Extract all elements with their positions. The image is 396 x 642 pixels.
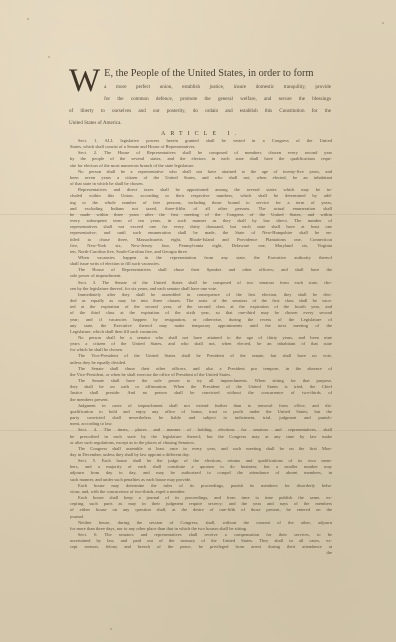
text-line: by the people of the several states, and… — [70, 156, 332, 162]
text-line: five, New-York six, New-Jersey four, Pen… — [70, 243, 332, 249]
text-line: and excluding Indians not taxed, three-f… — [70, 206, 332, 212]
text-line: adjourn from day to day, and may be auth… — [70, 470, 332, 476]
text-line: any state, the Executive thereof may mak… — [70, 323, 332, 329]
paper-spot — [27, 18, 29, 20]
text-line: Neither house, during the session of Con… — [70, 520, 332, 526]
text-line: Each house may determine the rules of it… — [70, 483, 332, 489]
paper-spot — [382, 22, 384, 24]
text-line: titled to chuse three, Massachusetts eig… — [70, 237, 332, 243]
document-page: W E, the People of the United States, in… — [0, 0, 396, 642]
text-line: cept treason, felony and breach of the p… — [70, 544, 332, 550]
text-line: Sect. 3. The Senate of the United States… — [70, 280, 332, 286]
text-line: cluded within this Union, according to t… — [70, 193, 332, 199]
text-line: of either house on any question shall, a… — [70, 507, 332, 513]
text-line: Judgment in cases of impeachment shall n… — [70, 403, 332, 409]
catchword: the — [70, 550, 332, 556]
preamble-line: United States of America. — [69, 117, 331, 129]
preamble-line: a more perfect union, establish justice,… — [69, 81, 331, 93]
paper-spot — [110, 628, 112, 630]
text-line: year; and if vacancies happen by resigna… — [70, 317, 332, 323]
text-line: Sect. 4. The times, places and manner of… — [70, 427, 332, 433]
text-line: of the third class at the expiration of … — [70, 310, 332, 316]
article-body: ARTICLE I. Sect. 1. ALL legislative powe… — [70, 131, 332, 557]
text-line: representative; and until such enumerati… — [70, 230, 332, 236]
dropcap: W — [69, 67, 100, 95]
preamble-line: E, the People of the United States, in o… — [69, 67, 331, 81]
article-lines: Sect. 1. ALL legislative powers herein g… — [70, 138, 332, 550]
text-line: be prescribed in each state by the legis… — [70, 434, 332, 440]
text-line: ing to the whole number of free persons,… — [70, 200, 332, 206]
preamble: W E, the People of the United States, in… — [69, 64, 331, 129]
paper-spot — [48, 56, 50, 58]
preamble-line: of liberty to ourselves and our posterit… — [69, 105, 331, 117]
preamble-line: for the common defence, promote the gene… — [69, 93, 331, 105]
text-line: The Vice-President of the United States … — [70, 353, 332, 359]
text-line: Justice shall preside: And no person sha… — [70, 390, 332, 396]
article-heading: ARTICLE I. — [70, 131, 332, 138]
